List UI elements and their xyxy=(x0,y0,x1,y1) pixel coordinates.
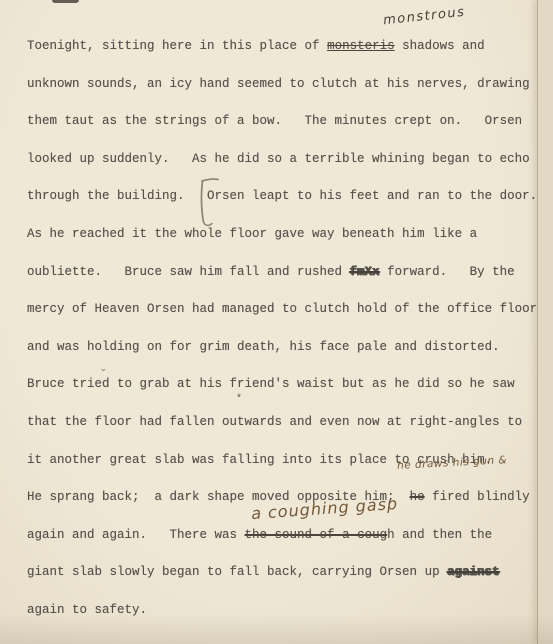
typed-segment: again to safety. xyxy=(27,603,147,617)
typed-line: Toenight, sitting here in this place of … xyxy=(27,28,541,66)
typed-line: giant slab slowly began to fall back, ca… xyxy=(27,554,541,592)
typed-line: and was holding on for grim death, his f… xyxy=(27,329,541,367)
typed-segment-overtyped: fmXx xyxy=(350,265,380,279)
typed-segment: giant slab slowly began to fall back, ca… xyxy=(27,565,447,579)
typed-line: them taut as the strings of a bow. The m… xyxy=(27,103,541,141)
typed-segment: that the floor had fallen outwards and e… xyxy=(27,415,522,429)
typed-line: unknown sounds, an icy hand seemed to cl… xyxy=(27,66,541,104)
manuscript-page: Toenight, sitting here in this place of … xyxy=(0,0,553,644)
typed-segment-strike: he xyxy=(410,490,425,504)
typed-segment: unknown sounds, an icy hand seemed to cl… xyxy=(27,77,530,91)
typed-segment: fired blindly xyxy=(425,490,530,504)
typed-line: that the floor had fallen outwards and e… xyxy=(27,404,541,442)
typed-line: through the building. Orsen leapt to his… xyxy=(27,178,541,216)
typed-segment: forward. By the xyxy=(380,265,515,279)
typed-line: mercy of Heaven Orsen had managed to clu… xyxy=(27,291,541,329)
stray-typed-mark: * xyxy=(236,394,242,405)
paper-edge xyxy=(537,0,553,644)
typed-segment: them taut as the strings of a bow. The m… xyxy=(27,114,522,128)
typed-line: again and again. There was the sound of … xyxy=(27,517,541,555)
typed-segment: As he reached it the whole floor gave wa… xyxy=(27,227,477,241)
typed-segment-overtyped: against xyxy=(447,565,500,579)
typed-line: oubliette. Bruce saw him fall and rushed… xyxy=(27,254,541,292)
typed-line: As he reached it the whole floor gave wa… xyxy=(27,216,541,254)
typed-segment: Toenight, sitting here in this place of xyxy=(27,39,327,53)
typed-segment: again and again. There was xyxy=(27,528,245,542)
typed-segment: and was holding on for grim death, his f… xyxy=(27,340,500,354)
typed-segment: mercy of Heaven Orsen had managed to clu… xyxy=(27,302,537,316)
handwritten-correction-monstrous: monstrous xyxy=(382,5,466,29)
stray-typed-mark: ˘ xyxy=(100,369,107,381)
typed-segment-strike: the sound of a coug xyxy=(245,528,388,542)
typed-line: looked up suddenly. As he did so a terri… xyxy=(27,141,541,179)
typed-line: again to safety. xyxy=(27,592,541,630)
typed-segment: oubliette. Bruce saw him fall and rushed xyxy=(27,265,350,279)
pencil-insertion-bracket-icon xyxy=(193,177,221,231)
typed-segment-strike-underline: monsteris xyxy=(327,39,395,53)
typed-text: Toenight, sitting here in this place of … xyxy=(27,28,541,630)
typed-segment: shadows and xyxy=(395,39,485,53)
paper-smudge xyxy=(52,0,79,3)
typed-segment: looked up suddenly. As he did so a terri… xyxy=(27,152,530,166)
typed-segment: h and then the xyxy=(387,528,492,542)
typed-segment: through the building. Orsen leapt to his… xyxy=(27,189,537,203)
